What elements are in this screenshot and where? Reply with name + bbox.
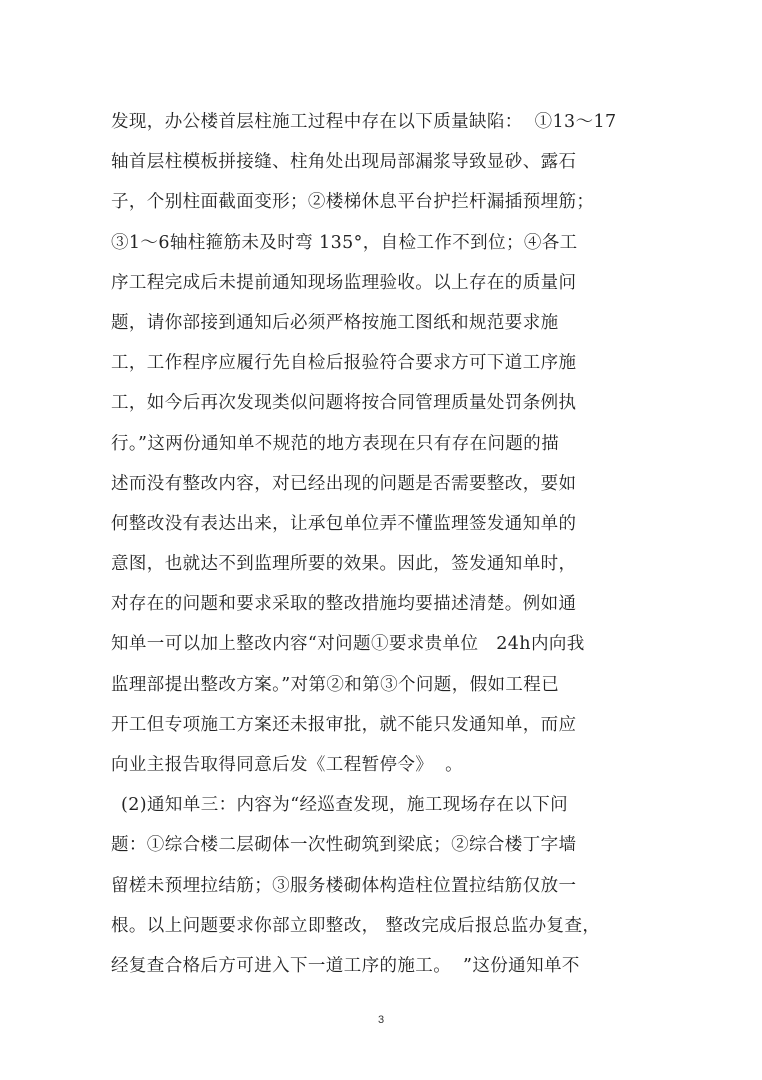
body-text: 发现，办公楼首层柱施工过程中存在以下质量缺陷： ①13～17 轴首层柱模板拼接缝…: [111, 104, 651, 988]
text-line: 监理部提出整改方案。”对第②和第③个问题，假如工程已: [111, 667, 651, 707]
text-line: 述而没有整改内容，对已经出现的问题是否需要整改，要如: [111, 466, 651, 506]
text-line: 工，如今后再次发现类似问题将按合同管理质量处罚条例执: [111, 385, 651, 425]
text-line: 开工但专项施工方案还未报审批，就不能只发通知单，而应: [111, 707, 651, 747]
text-line: 何整改没有表达出来，让承包单位弄不懂监理签发通知单的: [111, 506, 651, 546]
document-page: 发现，办公楼首层柱施工过程中存在以下质量缺陷： ①13～17 轴首层柱模板拼接缝…: [0, 0, 762, 1080]
text-line: 对存在的问题和要求采取的整改措施均要描述清楚。例如通: [111, 586, 651, 626]
text-line: 子，个别柱面截面变形；②楼梯休息平台护拦杆漏插预埋筋；: [111, 184, 651, 224]
text-line: ③1～6轴柱箍筋未及时弯 135°，自检工作不到位；④各工: [111, 225, 651, 265]
text-line: 经复查合格后方可进入下一道工序的施工。 ”这份通知单不: [111, 948, 651, 988]
section-heading-line: (2)通知单三：内容为“经巡查发现，施工现场存在以下问: [111, 787, 651, 827]
text-line: 行。”这两份通知单不规范的地方表现在只有存在问题的描: [111, 426, 651, 466]
text-line: 根。以上问题要求你部立即整改， 整改完成后报总监办复查，: [111, 908, 651, 948]
text-line: 轴首层柱模板拼接缝、柱角处出现局部漏浆导致显砂、露石: [111, 144, 651, 184]
text-line: 发现，办公楼首层柱施工过程中存在以下质量缺陷： ①13～17: [111, 104, 651, 144]
page-number: 3: [0, 1014, 762, 1026]
text-line: 意图，也就达不到监理所要的效果。因此，签发通知单时，: [111, 546, 651, 586]
text-line: 留槎未预埋拉结筋；③服务楼砌体构造柱位置拉结筋仅放一: [111, 868, 651, 908]
text-line: 工，工作程序应履行先自检后报验符合要求方可下道工序施: [111, 345, 651, 385]
text-line: 向业主报告取得同意后发《工程暂停令》 。: [111, 747, 651, 787]
text-line: 知单一可以加上整改内容“对问题①要求贵单位 24h内向我: [111, 626, 651, 666]
text-line: 题：①综合楼二层砌体一次性砌筑到梁底；②综合楼丁字墙: [111, 827, 651, 867]
text-line: 序工程完成后未提前通知现场监理验收。以上存在的质量问: [111, 265, 651, 305]
text-line: 题，请你部接到通知后必须严格按施工图纸和规范要求施: [111, 305, 651, 345]
